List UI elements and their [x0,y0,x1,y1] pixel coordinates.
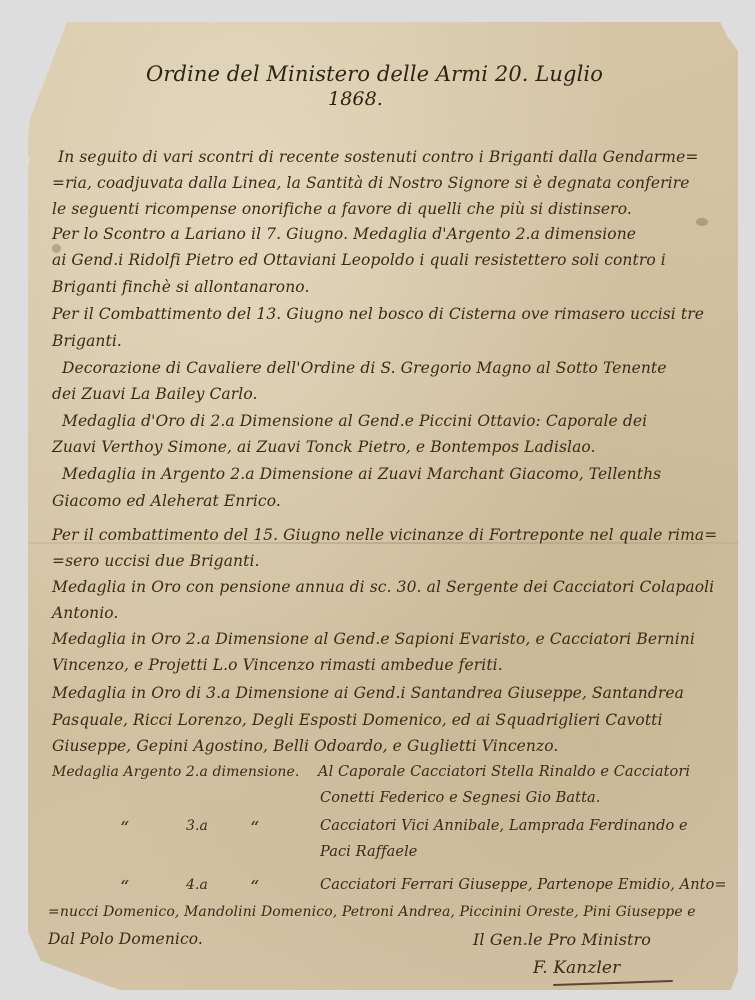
award-recipients: Cacciatori Ferrari Giuseppe, Partenope E… [320,877,727,893]
body-line: Zuavi Verthoy Simone, ai Zuavi Tonck Pie… [52,438,596,456]
body-line: Per il combattimento del 15. Giugno nell… [52,526,717,544]
award-recipients: Al Caporale Cacciatori Stella Rinaldo e … [318,764,690,780]
award-recipients: Cacciatori Vici Annibale, Lamprada Ferdi… [320,818,688,834]
award-recipients: Paci Raffaele [320,844,418,860]
award-label: Medaglia Argento 2.a dimensione. [52,764,299,780]
signature-flourish [553,980,673,986]
body-line: Briganti finchè si allontanarono. [52,278,309,296]
body-line: Medaglia in Oro con pensione annua di sc… [52,578,714,596]
body-line: Per lo Scontro a Lariano il 7. Giugno. M… [52,225,636,243]
body-line: Decorazione di Cavaliere dell'Ordine di … [62,359,667,377]
body-line: Per il Combattimento del 13. Giugno nel … [52,305,704,323]
body-line: =sero uccisi due Briganti. [52,552,260,570]
ditto-mark: “ [250,818,259,839]
body-line: =ria, coadjuvata dalla Linea, la Santità… [52,174,690,192]
ditto-mark: “ [120,818,129,839]
body-line: Giuseppe, Gepini Agostino, Belli Odoardo… [52,737,558,755]
body-line: dei Zuavi La Bailey Carlo. [52,385,258,403]
body-line: Dal Polo Domenico. [48,930,203,948]
body-line: le seguenti ricompense onorifiche a favo… [52,200,632,218]
body-line: Pasquale, Ricci Lorenzo, Degli Esposti D… [52,711,663,729]
scan-background: Ordine del Ministero delle Armi 20. Lugl… [0,0,755,1000]
manuscript-sheet: Ordine del Ministero delle Armi 20. Lugl… [28,22,738,990]
body-line: Medaglia in Oro 2.a Dimensione al Gend.e… [52,630,695,648]
document-year: 1868. [328,88,383,110]
body-line: Medaglia in Oro di 3.a Dimensione ai Gen… [52,684,684,702]
signature-title: Il Gen.le Pro Ministro [473,930,651,949]
ditto-mark: “ [120,877,129,898]
body-line: Medaglia d'Oro di 2.a Dimensione al Gend… [62,412,647,430]
body-line: Antonio. [52,604,118,622]
award-class: 3.a [186,818,208,834]
body-line: Medaglia in Argento 2.a Dimensione ai Zu… [62,465,661,483]
signature-name: F. Kanzler [533,958,620,978]
ditto-mark: “ [250,877,259,898]
body-line: ai Gend.i Ridolfi Pietro ed Ottaviani Le… [52,251,666,269]
body-line: Briganti. [52,332,122,350]
award-recipients: Conetti Federico e Segnesi Gio Batta. [320,790,600,806]
body-line: Giacomo ed Aleherat Enrico. [52,492,281,510]
body-line: =nucci Domenico, Mandolini Domenico, Pet… [48,904,696,920]
ink-stain [696,218,708,226]
body-line: In seguito di vari scontri di recente so… [58,148,698,166]
body-line: Vincenzo, e Projetti L.o Vincenzo rimast… [52,656,503,674]
award-class: 4.a [186,877,208,893]
document-title: Ordine del Ministero delle Armi 20. Lugl… [146,62,603,86]
